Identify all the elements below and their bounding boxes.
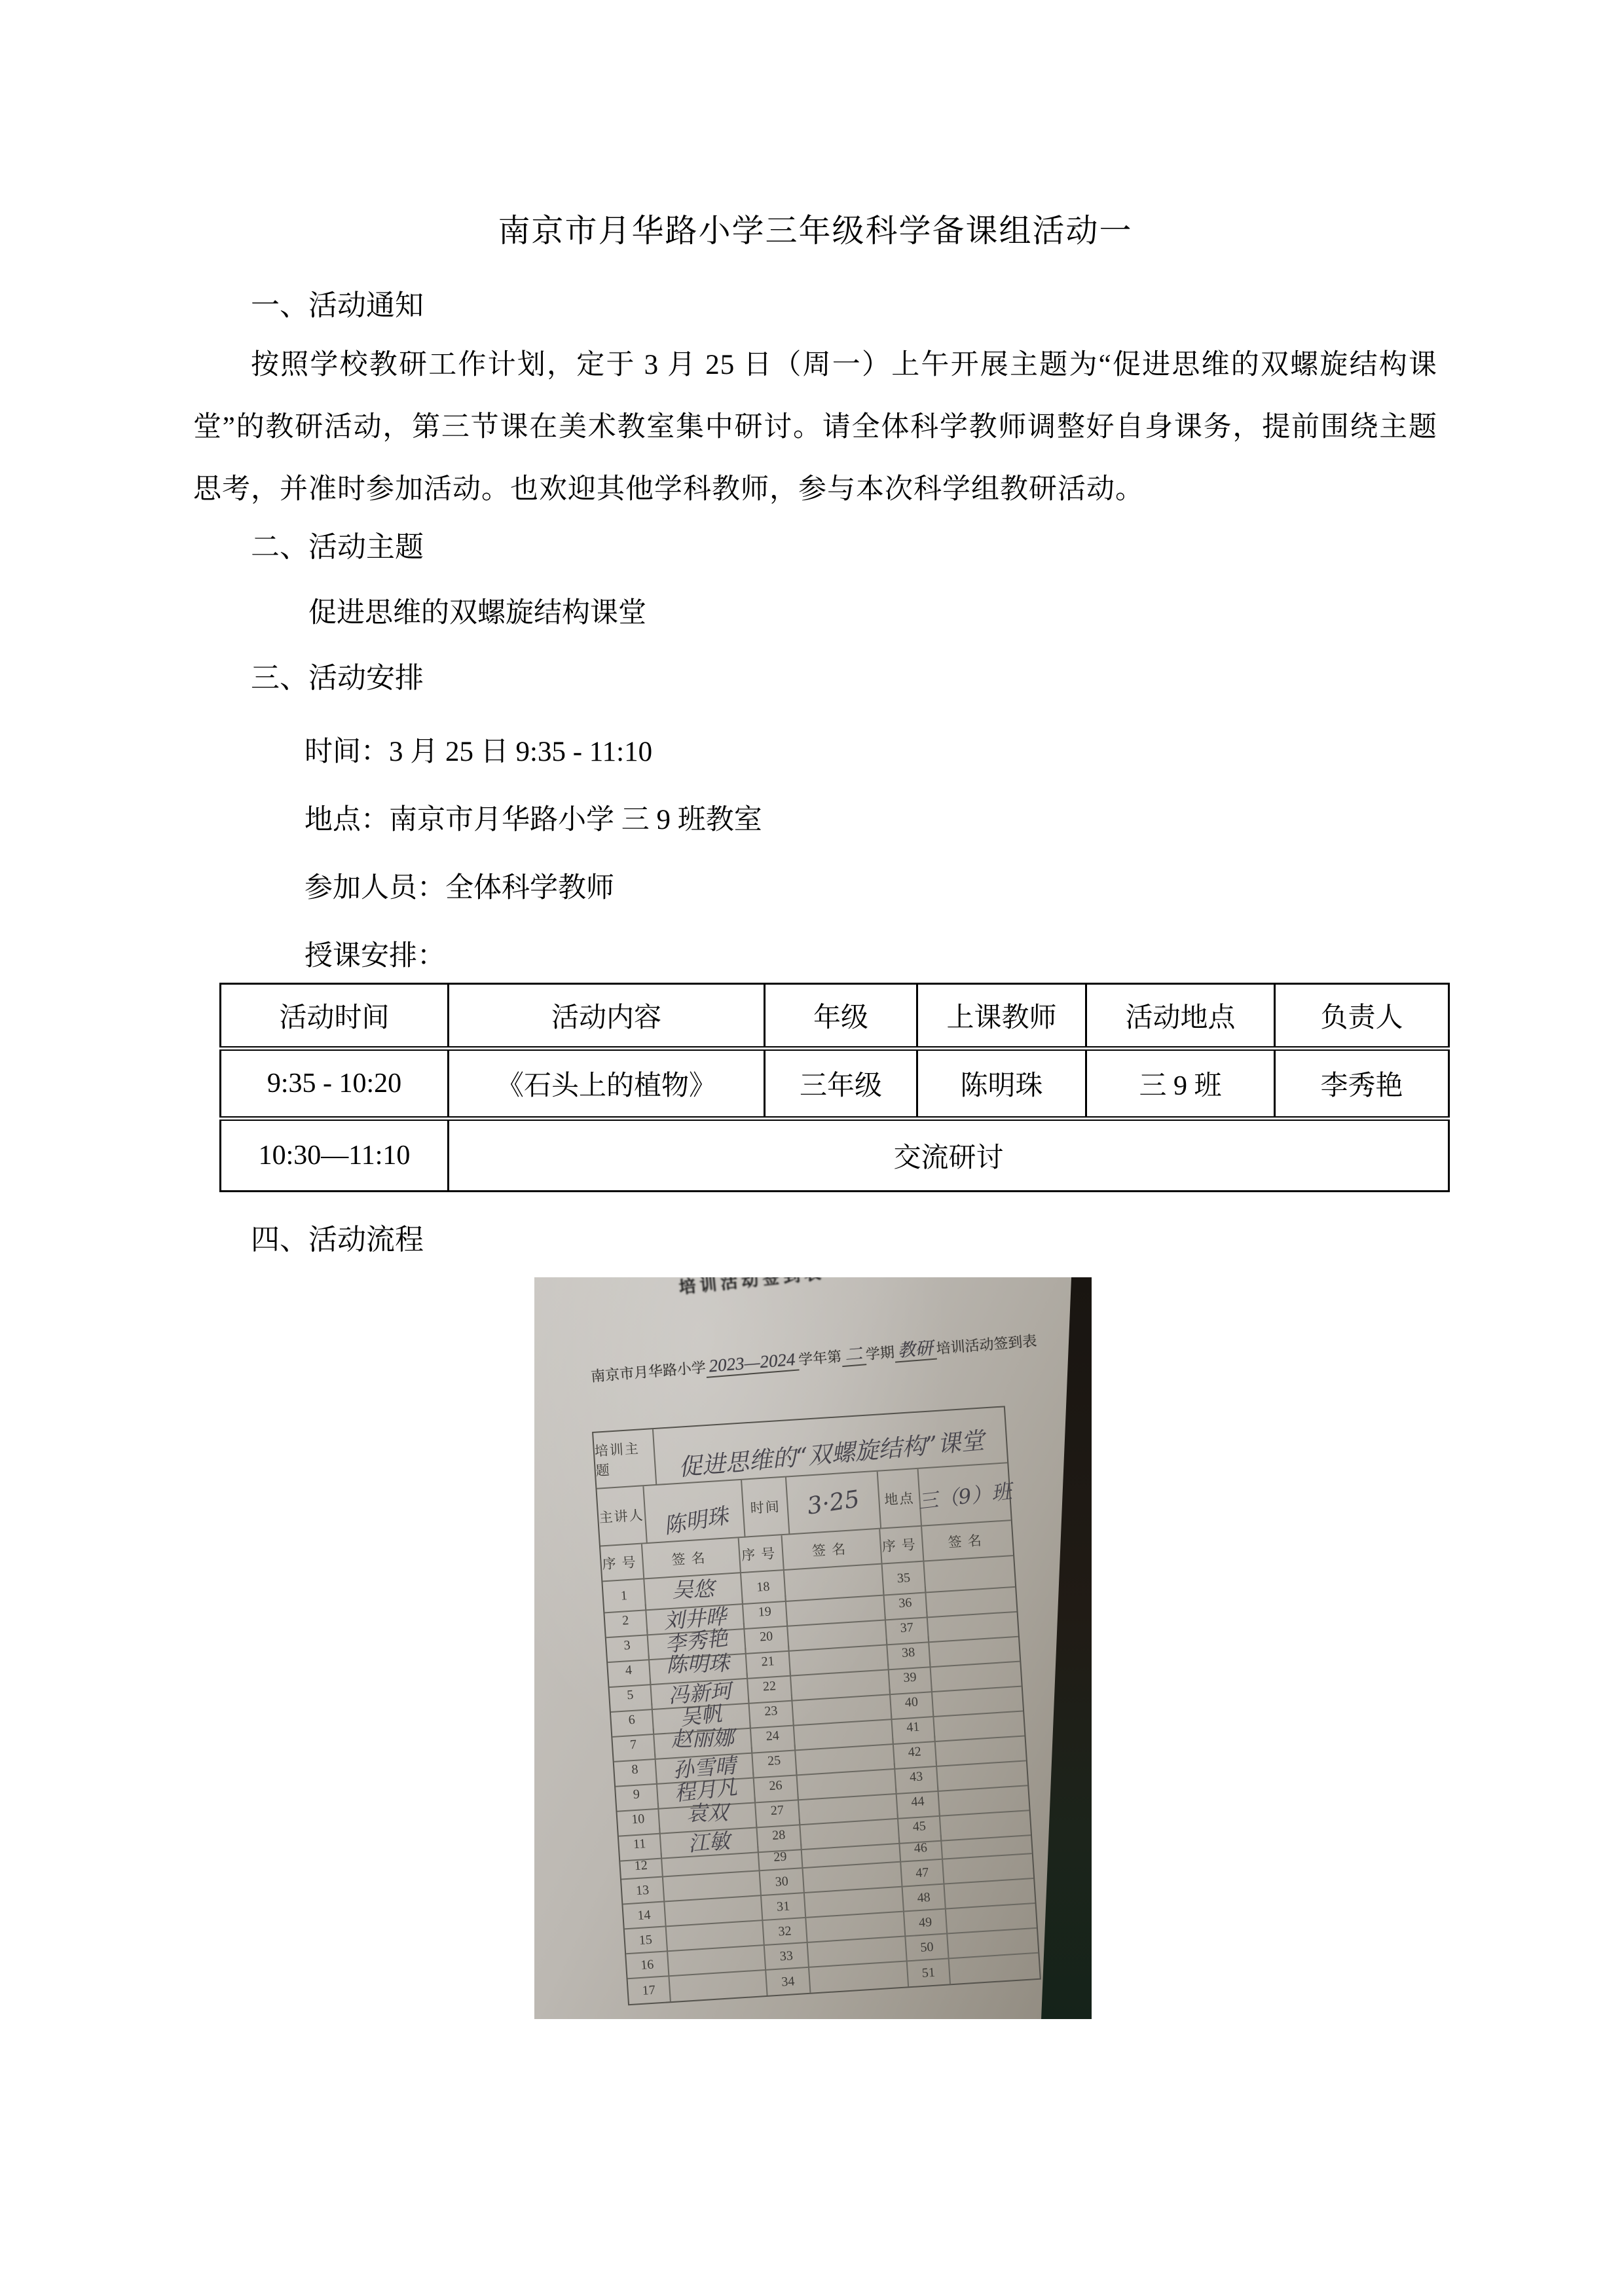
document-page: 南京市月华路小学三年级科学备课组活动一 一、活动通知 按照学校教研工作计划，定于…	[0, 0, 1624, 2296]
header-activity-time: 活动时间	[221, 984, 449, 1049]
seq-number: 34	[766, 1968, 811, 1995]
schedule-label: 授课安排：	[193, 936, 1437, 977]
seq-number: 31	[762, 1893, 806, 1921]
col-header-sig-2: 签名	[782, 1529, 882, 1571]
signin-sheet-photo: 培训活动签到表 南京市月华路小学2023—2024学年第二学期教研培训活动签到表…	[534, 1277, 1092, 2019]
seq-number: 12	[620, 1853, 663, 1880]
time-handwritten: 3·25	[805, 1485, 861, 1520]
cell-person: 李秀艳	[1275, 1049, 1449, 1119]
section-heading-theme: 二、活动主题	[193, 527, 1437, 568]
seq-number: 15	[625, 1927, 668, 1954]
participants-line: 参加人员：全体科学教师	[193, 867, 1437, 909]
cell-content: 《石头上的植物》	[449, 1049, 765, 1119]
section-heading-arrangement: 三、活动安排	[193, 658, 1437, 699]
schedule-row-lesson: 9:35 - 10:20 《石头上的植物》 三年级 陈明珠 三 9 班 李秀艳	[221, 1049, 1449, 1119]
cell-teacher: 陈明珠	[917, 1049, 1086, 1119]
col-header-seq-3: 序号	[880, 1527, 924, 1565]
signature-cell	[809, 1961, 909, 1992]
schedule-row-discussion: 10:30—11:10 交流研讨	[221, 1119, 1449, 1192]
seq-number: 46	[900, 1835, 943, 1863]
col-header-seq-2: 序号	[739, 1535, 784, 1573]
seq-number: 14	[623, 1902, 666, 1929]
place-handwritten: 三（9）班	[916, 1474, 1013, 1514]
schedule-header-row: 活动时间 活动内容 年级 上课教师 活动地点 负责人	[221, 984, 1449, 1049]
seq-number: 48	[903, 1885, 946, 1912]
time-label: 时间	[742, 1477, 790, 1537]
signin-sheet-title: 南京市月华路小学2023—2024学年第二学期教研培训活动签到表	[589, 1326, 1022, 1387]
presenter-label: 主讲人	[597, 1486, 648, 1546]
title-suffix: 培训活动签到表	[936, 1332, 1038, 1357]
cell-grade: 三年级	[765, 1049, 917, 1119]
seq-number: 33	[765, 1943, 809, 1971]
activity-theme-text: 促进思维的双螺旋结构课堂	[193, 594, 1437, 633]
title-schoolyear: 学年第	[798, 1348, 842, 1368]
seq-number: 51	[908, 1959, 951, 1986]
title-semester-handwritten: 二	[841, 1343, 867, 1367]
signature: 江敏	[687, 1825, 731, 1858]
seq-number: 16	[626, 1952, 669, 1979]
signin-rows: 1 吴悠 18 35 2 刘	[602, 1556, 1039, 2004]
cell-location: 三 9 班	[1086, 1049, 1275, 1119]
place-cell: 三（9）班	[919, 1463, 1011, 1526]
col-header-seq-1: 序号	[600, 1544, 644, 1582]
col-header-sig-3: 签名	[922, 1521, 1013, 1561]
time-cell: 3·25	[786, 1472, 881, 1535]
document-content: 南京市月华路小学三年级科学备课组活动一 一、活动通知 按照学校教研工作计划，定于…	[193, 210, 1437, 2019]
seq-number: 17	[628, 1977, 671, 2004]
signin-table: 培训主题 促进思维的“双螺旋结构”课堂 主讲人 陈明珠 时间 3·25 地点	[592, 1406, 1041, 2005]
cell-discussion: 交流研讨	[449, 1119, 1449, 1192]
title-type-handwritten: 教研	[894, 1338, 937, 1363]
seq-number: 13	[621, 1878, 665, 1905]
signature-cell	[950, 1954, 1040, 1984]
place-line: 地点：南京市月华路小学 三 9 班教室	[193, 799, 1437, 841]
title-school-name: 南京市月华路小学	[590, 1359, 706, 1385]
seq-number: 30	[760, 1868, 805, 1896]
section-heading-process: 四、活动流程	[193, 1220, 1437, 1260]
signature: 袁双	[686, 1796, 728, 1827]
signature: 赵丽娜	[671, 1721, 734, 1753]
header-grade: 年级	[765, 984, 917, 1049]
signature: 陈明珠	[666, 1647, 729, 1679]
place-label: 地点	[878, 1469, 922, 1529]
signature: 吴悠	[672, 1573, 714, 1604]
header-location: 活动地点	[1086, 984, 1275, 1049]
time-line: 时间：3 月 25 日 9:35 - 11:10	[193, 731, 1437, 773]
section-heading-notice: 一、活动通知	[193, 285, 1437, 326]
seq-number: 50	[906, 1934, 949, 1961]
title-year-handwritten: 2023—2024	[705, 1349, 799, 1378]
seq-number: 49	[904, 1909, 948, 1937]
presenter-handwritten: 陈明珠	[661, 1499, 729, 1540]
seq-number: 32	[763, 1918, 807, 1946]
seq-number: 29	[758, 1844, 803, 1871]
header-activity-content: 活动内容	[449, 984, 765, 1049]
notice-paragraph: 按照学校教研工作计划，定于 3 月 25 日（周一）上午开展主题为“促进思维的双…	[193, 334, 1437, 520]
page-title: 南京市月华路小学三年级科学备课组活动一	[193, 210, 1437, 253]
header-person-in-charge: 负责人	[1275, 984, 1449, 1049]
theme-label: 培训主题	[593, 1429, 657, 1489]
header-teacher: 上课教师	[917, 984, 1086, 1049]
title-semester: 学期	[865, 1344, 895, 1362]
presenter-cell: 陈明珠	[644, 1480, 745, 1544]
signature-cell	[669, 1971, 767, 2001]
seq-number: 47	[901, 1860, 944, 1887]
schedule-table: 活动时间 活动内容 年级 上课教师 活动地点 负责人 9:35 - 10:20 …	[219, 983, 1450, 1192]
photo-dark-background	[1034, 1277, 1092, 2019]
photo-top-edge-fragment: 培训活动签到表	[678, 1277, 826, 1299]
cell-time-2: 10:30—11:10	[221, 1119, 449, 1192]
cell-time: 9:35 - 10:20	[221, 1049, 449, 1119]
